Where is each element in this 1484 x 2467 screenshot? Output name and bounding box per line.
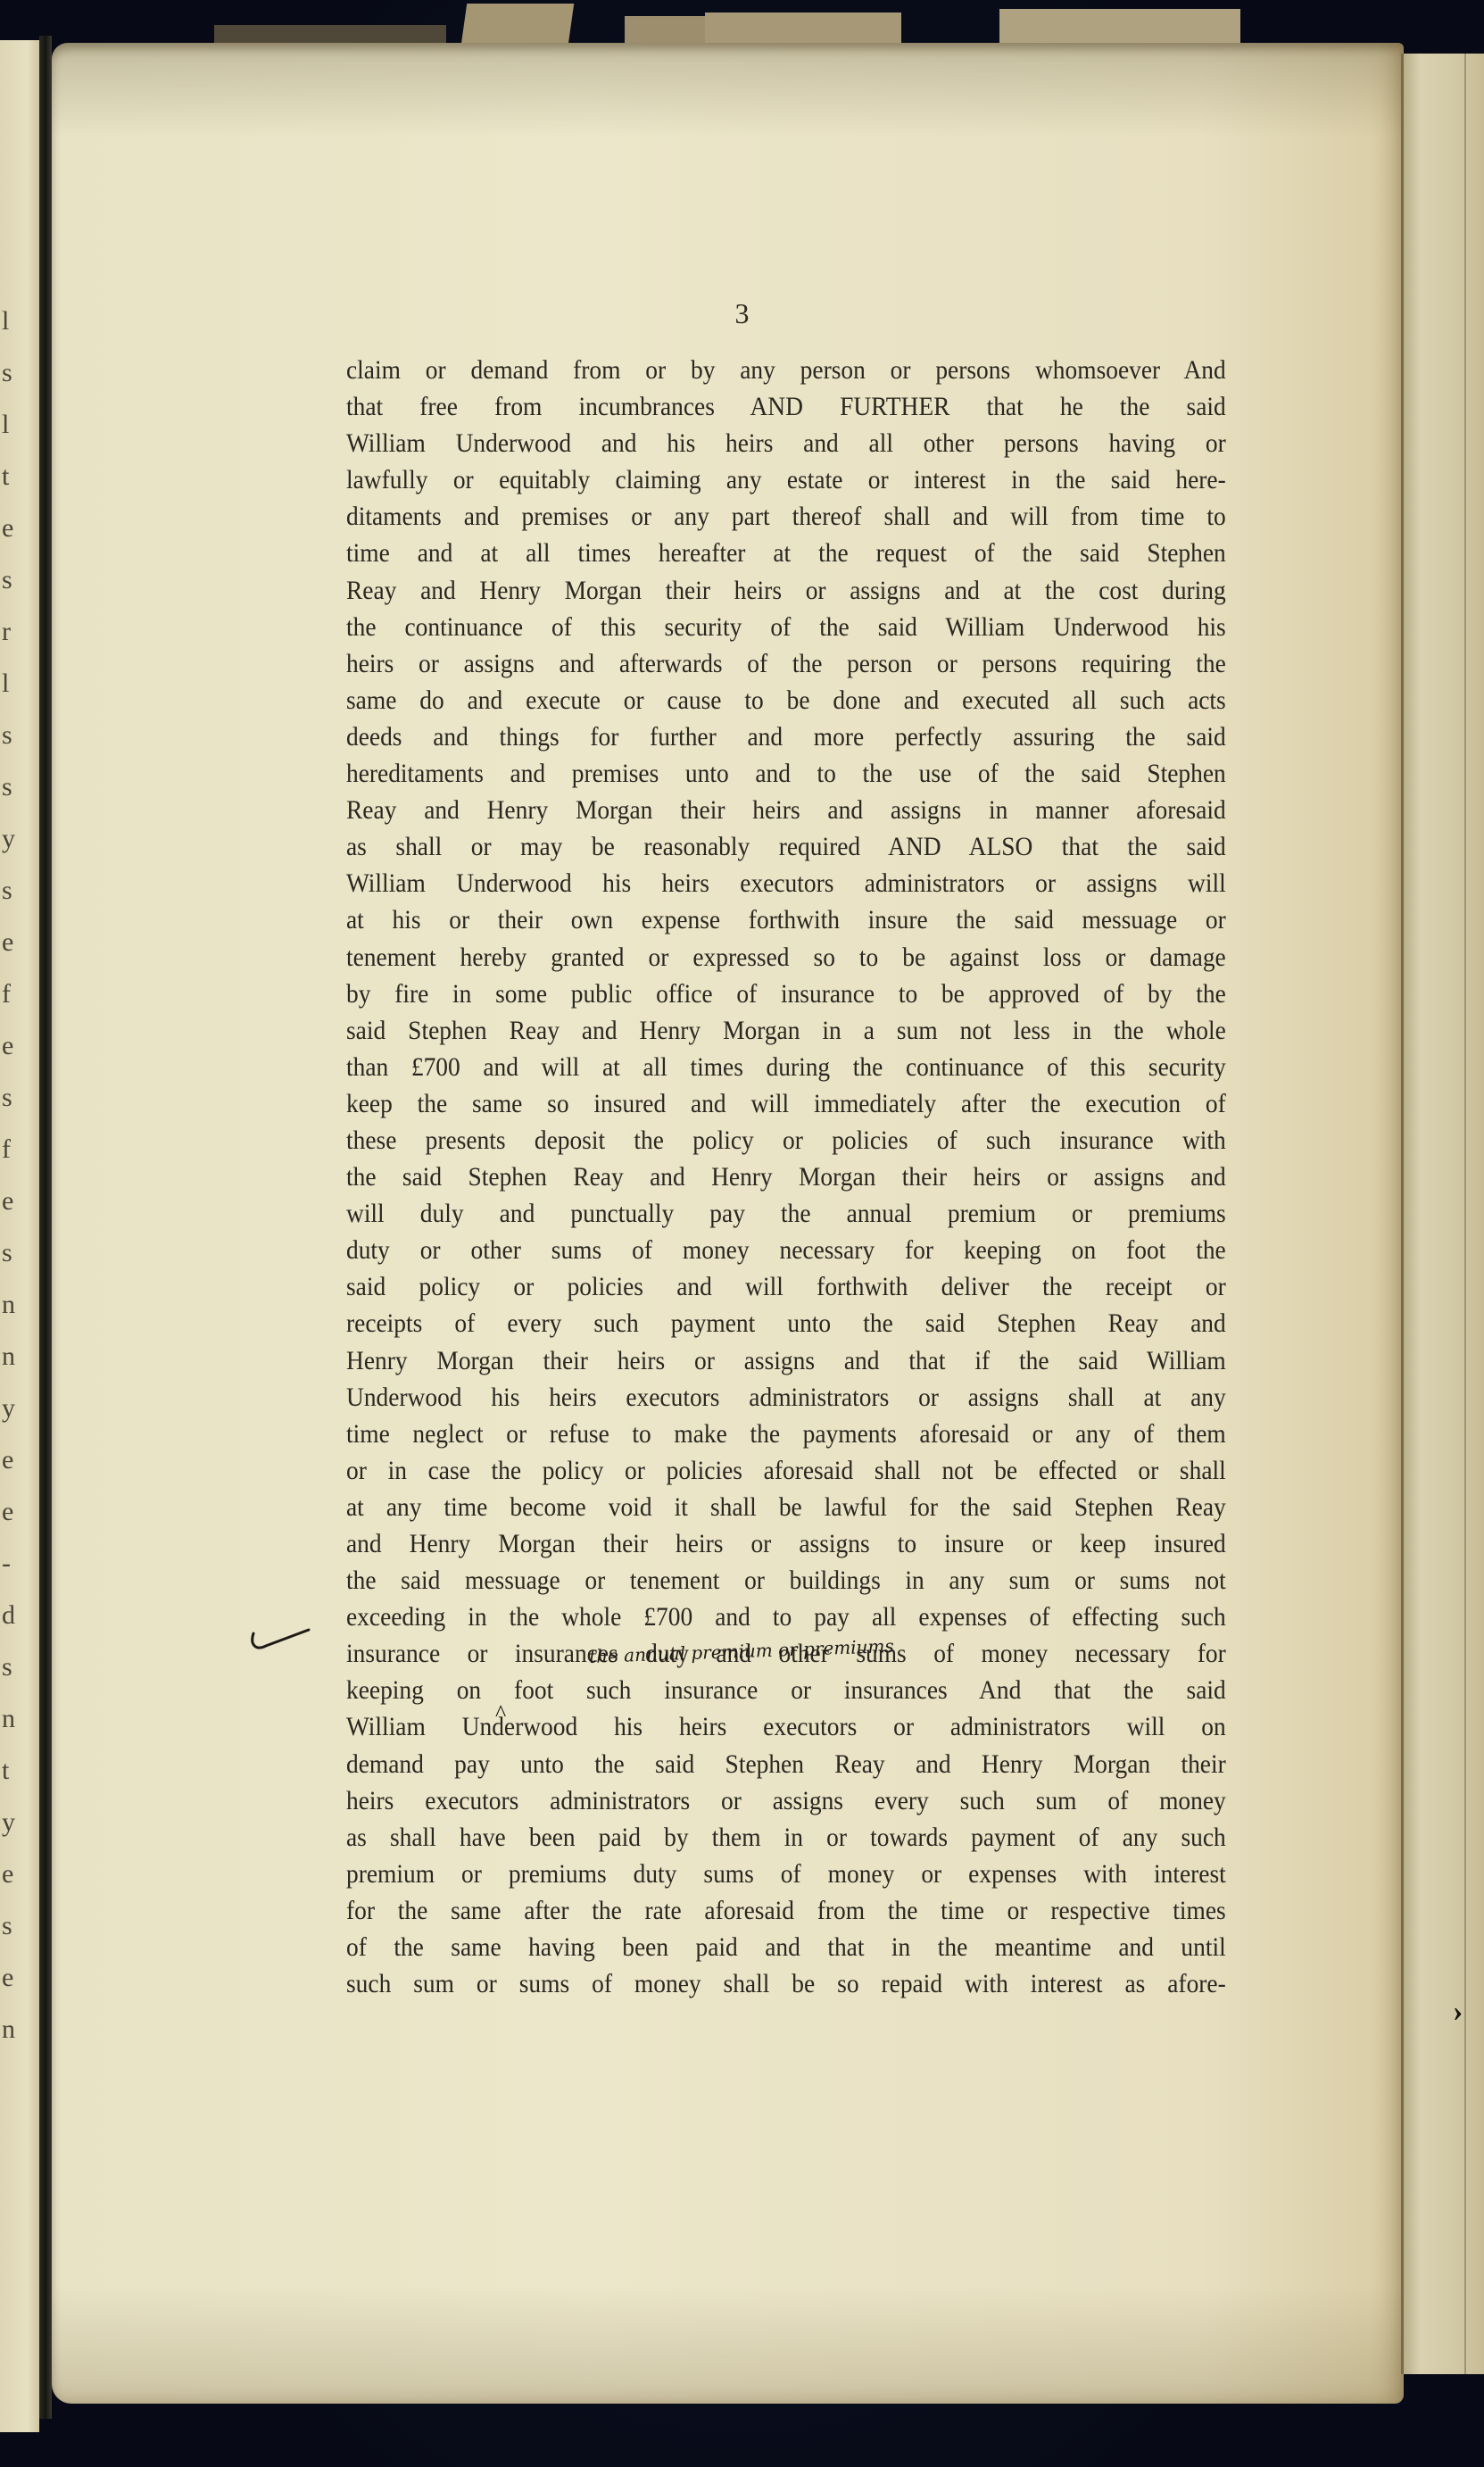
edge-letter: e [2, 1447, 13, 1474]
text-line: at his or their own expense forthwith in… [346, 902, 1226, 939]
deed-body-text: claim or demand from or by any person or… [346, 353, 1226, 2003]
text-line: Underwood his heirs executors administra… [346, 1380, 1226, 1416]
edge-letter: s [2, 774, 12, 801]
text-line: such sum or sums of money shall be so re… [346, 1966, 1226, 2003]
edge-letter: s [2, 1654, 12, 1681]
margin-check-mark-icon [250, 1626, 312, 1653]
adjacent-left-page: lsltesrlssysefesfesnnyee-dsntyesen [0, 40, 39, 2432]
text-line: William Underwood and his heirs and all … [346, 426, 1226, 462]
text-line: keep the same so insured and will immedi… [346, 1086, 1226, 1123]
edge-letter: y [2, 1395, 15, 1422]
insertion-caret: ^ [495, 1700, 506, 1727]
text-line: by fire in some public office of insuran… [346, 976, 1226, 1013]
edge-letter: e [2, 1499, 13, 1525]
edge-letter: s [2, 360, 12, 386]
text-line: said Stephen Reay and Henry Morgan in a … [346, 1013, 1226, 1050]
text-line: heirs or assigns and afterwards of the p… [346, 646, 1226, 683]
edge-letter: e [2, 1188, 13, 1215]
edge-letter: s [2, 1913, 12, 1940]
text-line: and Henry Morgan their heirs or assigns … [346, 1526, 1226, 1563]
text-line: Reay and Henry Morgan their heirs and as… [346, 793, 1226, 829]
edge-letter: s [2, 567, 12, 594]
text-line: ditaments and premises or any part there… [346, 499, 1226, 536]
text-line: exceeding in the whole £700 and to pay a… [346, 1599, 1226, 1636]
text-line: time and at all times hereafter at the r… [346, 536, 1226, 572]
edge-letter: e [2, 1033, 13, 1059]
text-line: William Underwood his heirs executors ad… [346, 866, 1226, 902]
text-line: at any time become void it shall be lawf… [346, 1490, 1226, 1526]
text-line: heirs executors administrators or assign… [346, 1783, 1226, 1820]
text-line: the continuance of this security of the … [346, 610, 1226, 646]
text-line: claim or demand from or by any person or… [346, 353, 1226, 389]
text-line: the said Stephen Reay and Henry Morgan t… [346, 1159, 1226, 1196]
page-number: 3 [0, 297, 1484, 330]
edge-letter: s [2, 1084, 12, 1111]
edge-letter: l [2, 670, 9, 697]
text-line: time neglect or refuse to make the payme… [346, 1416, 1226, 1453]
edge-letter: t [2, 463, 9, 490]
text-line: will duly and punctually pay the annual … [346, 1196, 1226, 1233]
edge-letter: t [2, 1757, 9, 1784]
edge-letter: y [2, 826, 15, 852]
edge-letter: s [2, 1240, 12, 1267]
text-line: William Underwood his heirs executors or… [346, 1709, 1226, 1746]
edge-letter: n [2, 2016, 15, 2043]
text-line: Reay and Henry Morgan their heirs or ass… [346, 573, 1226, 610]
text-line: tenement hereby granted or expressed so … [346, 940, 1226, 976]
text-line: for the same after the rate aforesaid fr… [346, 1893, 1226, 1930]
text-line: as shall or may be reasonably required A… [346, 829, 1226, 866]
text-line: same do and execute or cause to be done … [346, 683, 1226, 719]
text-line: as shall have been paid by them in or to… [346, 1820, 1226, 1856]
page-edge-line [1464, 54, 1466, 2374]
text-line: of the same having been paid and that in… [346, 1930, 1226, 1966]
edge-letter: y [2, 1809, 15, 1836]
edge-letter: - [2, 1550, 11, 1577]
text-line: hereditaments and premises unto and to t… [346, 756, 1226, 793]
text-line: Henry Morgan their heirs or assigns and … [346, 1343, 1226, 1380]
text-line: receipts of every such payment unto the … [346, 1306, 1226, 1342]
text-line: premium or premiums duty sums of money o… [346, 1856, 1226, 1893]
edge-letter: e [2, 1861, 13, 1888]
text-line: or in case the policy or policies afores… [346, 1453, 1226, 1490]
edge-letter: l [2, 411, 9, 438]
edge-letter: n [2, 1706, 15, 1732]
text-line: deeds and things for further and more pe… [346, 719, 1226, 756]
edge-letter: e [2, 515, 13, 542]
text-line: than £700 and will at all times during t… [346, 1050, 1226, 1086]
text-line: duty or other sums of money necessary fo… [346, 1233, 1226, 1269]
edge-letter: d [2, 1602, 15, 1629]
text-line: the said messuage or tenement or buildin… [346, 1563, 1226, 1599]
text-line: that free from incumbrances AND FURTHER … [346, 389, 1226, 426]
edge-letter: f [2, 1136, 11, 1163]
edge-letter: f [2, 981, 11, 1008]
text-line: keeping on foot such insurance or insura… [346, 1673, 1226, 1709]
edge-letter: e [2, 1964, 13, 1991]
page-stack-edges [1401, 54, 1484, 2374]
text-line: lawfully or equitably claiming any estat… [346, 462, 1226, 499]
edge-letter: s [2, 722, 12, 749]
margin-hook-mark-icon: › [1453, 1995, 1463, 2029]
text-line: said policy or policies and will forthwi… [346, 1269, 1226, 1306]
text-line: demand pay unto the said Stephen Reay an… [346, 1747, 1226, 1783]
edge-letter: e [2, 929, 13, 956]
edge-letter: n [2, 1343, 15, 1370]
edge-letter: r [2, 619, 11, 645]
text-line: these presents deposit the policy or pol… [346, 1123, 1226, 1159]
edge-letter: s [2, 877, 12, 904]
edge-letter: n [2, 1292, 15, 1318]
binding-gutter [39, 36, 52, 2419]
